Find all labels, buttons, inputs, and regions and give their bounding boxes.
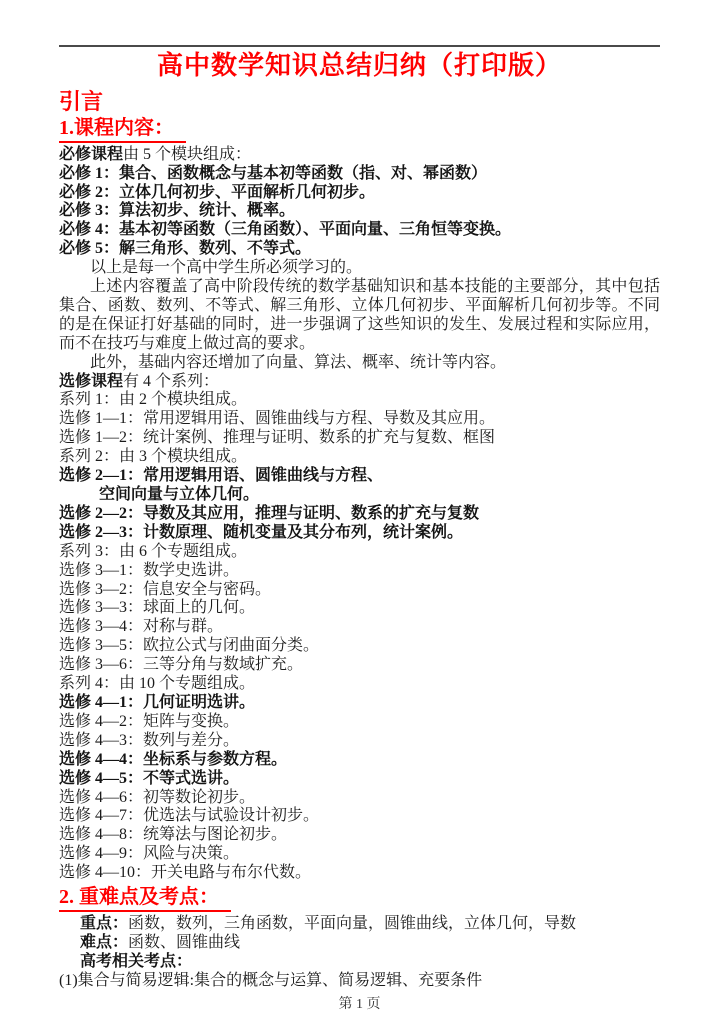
document-line: 选修 4—10：开关电路与布尔代数。: [59, 864, 660, 883]
document-line: 系列 1：由 2 个模块组成。: [59, 391, 660, 410]
document-line: 选修 1—1：常用逻辑用语、圆锥曲线与方程、导数及其应用。: [59, 410, 660, 429]
line-bold-text: 难点：: [80, 934, 128, 951]
document-line: 选修 3—4：对称与群。: [59, 618, 660, 637]
line-bold-text: 高考相关考点：: [80, 953, 192, 970]
line-text: 选修 3—5：欧拉公式与闭曲面分类。: [59, 637, 319, 654]
line-text: 选修 4—9：风险与决策。: [59, 845, 239, 862]
document-line: 选修 4—1：几何证明选讲。: [59, 694, 660, 713]
line-text: 选修 1—2：统计案例、推理与证明、数系的扩充与复数、框图: [59, 429, 495, 446]
line-text: 以上是每一个高中学生所必须学习的。: [90, 259, 362, 276]
line-text: 选修 4—8：统筹法与图论初步。: [59, 826, 287, 843]
line-text: 选修 4—2：矩阵与变换。: [59, 713, 239, 730]
line-bold-text: 空间向量与立体几何。: [99, 486, 259, 503]
document-line: 系列 3：由 6 个专题组成。: [59, 543, 660, 562]
line-text: 选修 3—6：三等分角与数域扩充。: [59, 656, 303, 673]
document-line: 难点：函数、圆锥曲线: [80, 934, 660, 953]
line-text: 选修 3—4：对称与群。: [59, 618, 223, 635]
line-text: 此外，基础内容还增加了向量、算法、概率、统计等内容。: [90, 354, 506, 371]
line-text: 有 4 个系列：: [123, 373, 219, 390]
document-line: 以上是每一个高中学生所必须学习的。: [59, 259, 660, 278]
document-line: 选修 3—2：信息安全与密码。: [59, 581, 660, 600]
document-line: 必修 5：解三角形、数列、不等式。: [59, 240, 660, 259]
document-line: 选修 2—2：导数及其应用，推理与证明、数系的扩充与复数: [59, 505, 660, 524]
line-bold-text: 必修 5：解三角形、数列、不等式。: [59, 240, 311, 257]
document-line: 选修 3—6：三等分角与数域扩充。: [59, 656, 660, 675]
line-text: 选修 4—7：优选法与试验设计初步。: [59, 807, 319, 824]
line-text: 系列 4：由 10 个专题组成。: [59, 675, 255, 692]
line-text: 选修 3—1：数学史选讲。: [59, 562, 239, 579]
document-line: (1)集合与简易逻辑:集合的概念与运算、简易逻辑、充要条件: [59, 972, 660, 991]
document-line: 选修 3—3：球面上的几何。: [59, 599, 660, 618]
document-line: 系列 2：由 3 个模块组成。: [59, 448, 660, 467]
document-title: 高中数学知识总结归纳（打印版）: [59, 50, 660, 83]
document-line: 必修 2：立体几何初步、平面解析几何初步。: [59, 184, 660, 203]
document-line: 选修 3—5：欧拉公式与闭曲面分类。: [59, 637, 660, 656]
document-line: 选修 4—7：优选法与试验设计初步。: [59, 807, 660, 826]
page-number: 第 1 页: [59, 993, 660, 1013]
document-page: 高中数学知识总结归纳（打印版） 引言 1.课程内容： 必修课程由 5 个模块组成…: [0, 0, 724, 1024]
line-bold-text: 重点：: [80, 915, 128, 932]
document-line: 选修 4—8：统筹法与图论初步。: [59, 826, 660, 845]
document-line: 必修课程由 5 个模块组成：: [59, 146, 660, 165]
section2-content: 重点：函数，数列，三角函数，平面向量，圆锥曲线，立体几何，导数难点：函数、圆锥曲…: [59, 915, 660, 991]
line-text: 系列 3：由 6 个专题组成。: [59, 543, 247, 560]
document-line: 重点：函数，数列，三角函数，平面向量，圆锥曲线，立体几何，导数: [80, 915, 660, 934]
line-bold-text: 必修课程: [59, 146, 123, 163]
section1-heading-text: 1.课程内容：: [59, 117, 186, 143]
top-divider: [59, 45, 660, 47]
document-line: 选修 4—4：坐标系与参数方程。: [59, 751, 660, 770]
line-bold-text: 必修 1：集合、函数概念与基本初等函数（指、对、幂函数）: [59, 165, 487, 182]
line-bold-text: 选修 4—5：不等式选讲。: [59, 770, 239, 787]
document-line: 高考相关考点：: [80, 953, 660, 972]
line-bold-text: 选修 4—4：坐标系与参数方程。: [59, 751, 287, 768]
line-text: 函数，数列，三角函数，平面向量，圆锥曲线，立体几何，导数: [128, 915, 576, 932]
document-line: 必修 1：集合、函数概念与基本初等函数（指、对、幂函数）: [59, 165, 660, 184]
line-text: 系列 1：由 2 个模块组成。: [59, 391, 247, 408]
line-text: 选修 3—3：球面上的几何。: [59, 599, 255, 616]
document-line: 空间向量与立体几何。: [99, 486, 660, 505]
line-bold-text: 必修 4：基本初等函数（三角函数）、平面向量、三角恒等变换。: [59, 221, 511, 238]
line-text: 由 5 个模块组成：: [123, 146, 251, 163]
section2-heading: 2. 重难点及考点：: [59, 886, 660, 912]
line-text: 函数、圆锥曲线: [128, 934, 240, 951]
document-line: 选修 1—2：统计案例、推理与证明、数系的扩充与复数、框图: [59, 429, 660, 448]
section2-heading-text: 2. 重难点及考点：: [59, 886, 231, 912]
line-bold-text: 必修 2：立体几何初步、平面解析几何初步。: [59, 184, 375, 201]
document-line: 选修 4—3：数列与差分。: [59, 732, 660, 751]
document-line: 此外，基础内容还增加了向量、算法、概率、统计等内容。: [59, 354, 660, 373]
line-bold-text: 选修 2—1：常用逻辑用语、圆锥曲线与方程、: [59, 467, 383, 484]
document-line: 选修 2—3：计数原理、随机变量及其分布列，统计案例。: [59, 524, 660, 543]
line-text: 系列 2：由 3 个模块组成。: [59, 448, 247, 465]
document-line: 选修 3—1：数学史选讲。: [59, 562, 660, 581]
intro-heading: 引言: [59, 90, 660, 114]
section1-content: 必修课程由 5 个模块组成：必修 1：集合、函数概念与基本初等函数（指、对、幂函…: [59, 146, 660, 883]
line-bold-text: 选修 2—2：导数及其应用，推理与证明、数系的扩充与复数: [59, 505, 479, 522]
document-line: 上述内容覆盖了高中阶段传统的数学基础知识和基本技能的主要部分，其中包括集合、函数…: [59, 278, 660, 354]
document-line: 选修 4—6：初等数论初步。: [59, 789, 660, 808]
line-bold-text: 选修 2—3：计数原理、随机变量及其分布列，统计案例。: [59, 524, 463, 541]
line-text: 选修 4—6：初等数论初步。: [59, 789, 255, 806]
line-bold-text: 选修 4—1：几何证明选讲。: [59, 694, 255, 711]
document-line: 必修 4：基本初等函数（三角函数）、平面向量、三角恒等变换。: [59, 221, 660, 240]
line-text: 选修 1—1：常用逻辑用语、圆锥曲线与方程、导数及其应用。: [59, 410, 495, 427]
document-line: 选修 2—1：常用逻辑用语、圆锥曲线与方程、: [59, 467, 660, 486]
line-text: (1)集合与简易逻辑:集合的概念与运算、简易逻辑、充要条件: [59, 972, 482, 989]
line-text: 选修 3—2：信息安全与密码。: [59, 581, 271, 598]
document-line: 选修课程有 4 个系列：: [59, 373, 660, 392]
line-bold-text: 选修课程: [59, 373, 123, 390]
document-line: 选修 4—2：矩阵与变换。: [59, 713, 660, 732]
section1-heading: 1.课程内容：: [59, 117, 660, 143]
line-text: 选修 4—3：数列与差分。: [59, 732, 239, 749]
line-bold-text: 必修 3：算法初步、统计、概率。: [59, 202, 295, 219]
document-line: 选修 4—5：不等式选讲。: [59, 770, 660, 789]
document-line: 系列 4：由 10 个专题组成。: [59, 675, 660, 694]
document-line: 选修 4—9：风险与决策。: [59, 845, 660, 864]
line-text: 选修 4—10：开关电路与布尔代数。: [59, 864, 311, 881]
document-line: 必修 3：算法初步、统计、概率。: [59, 202, 660, 221]
line-text: 上述内容覆盖了高中阶段传统的数学基础知识和基本技能的主要部分，其中包括集合、函数…: [59, 278, 660, 352]
